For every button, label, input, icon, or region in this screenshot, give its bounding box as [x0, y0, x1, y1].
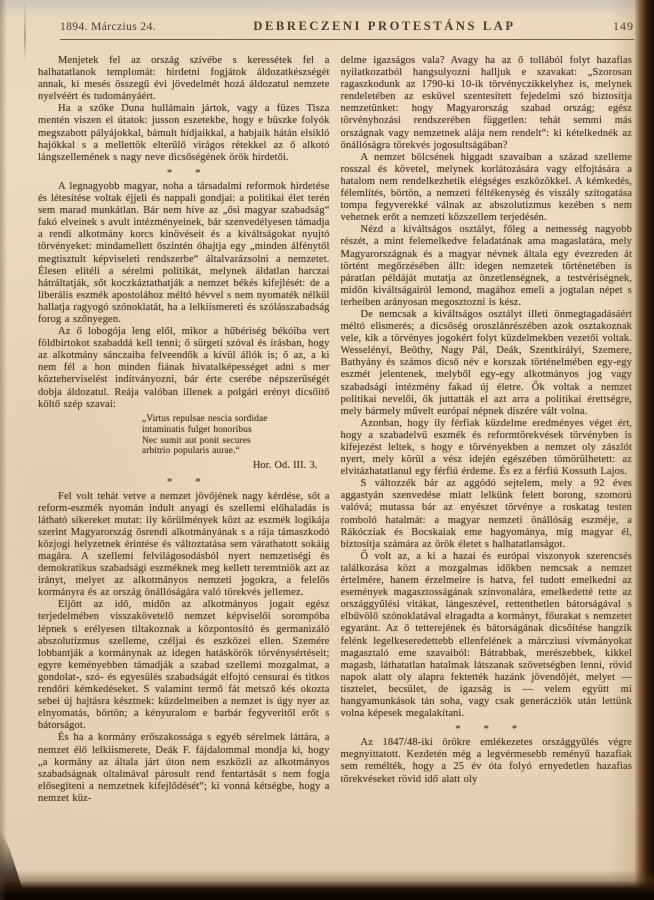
book-bottom-edge [0, 870, 654, 900]
section-separator-asterisks: * * * [341, 723, 633, 735]
latin-verse-quote: „Virtus repulsae nescia sordidae intamin… [142, 414, 330, 458]
section-separator-asterisks: * * [38, 167, 330, 179]
right-paragraph-6: S változzék bár az aggódó sejtelem, mely… [341, 478, 633, 551]
left-paragraph-1: Menjetek fel az ország szívébe s keressé… [38, 55, 330, 103]
scan-left-edge-shadow [0, 0, 7, 900]
quote-line: intaminatis fulget honoribus [142, 425, 330, 436]
page-header: 1894. Márczius 24. DEBRECZENI PROTESTÁNS… [60, 19, 634, 40]
quote-line: „Virtus repulsae nescia sordidae [142, 414, 330, 425]
newspaper-title: DEBRECZENI PROTESTÁNS LAP [156, 19, 613, 34]
book-right-edge [635, 0, 654, 900]
left-paragraph-7: És ha a kormány erőszakossága s egyéb sé… [38, 732, 330, 805]
section-separator-asterisks: * * [38, 476, 330, 488]
right-paragraph-2: A nemzet bölcsének higgadt szavaiban a s… [341, 152, 633, 225]
left-column: Menjetek fel az ország szívébe s keressé… [38, 55, 330, 835]
article-body: Menjetek fel az ország szívébe s keressé… [38, 55, 632, 835]
paper-crease [24, 0, 26, 62]
left-paragraph-6: Eljött az idő, midőn az alkotmányos joga… [38, 599, 330, 732]
right-column: delme igazságos vala? Avagy ha az ő toll… [341, 55, 633, 835]
left-paragraph-5: Fel volt tehát vetve a nemzet jövőjének … [38, 491, 330, 600]
left-paragraph-3: A legnagyobb magyar, noha a társadalmi r… [38, 181, 330, 326]
left-paragraph-2: Ha a szőke Duna hullámain jártok, vagy a… [38, 103, 330, 163]
right-paragraph-5: Azonban, hogy ily férfiak küzdelme eredm… [341, 418, 633, 478]
issue-date: 1894. Márczius 24. [60, 21, 156, 33]
right-paragraph-3: Nézd a kiváltságos osztályt, főleg a nem… [341, 224, 633, 309]
right-paragraph-4: De nemcsak a kiváltságos osztályt illeti… [341, 309, 633, 418]
quote-line: arbitrio popularis aurae.“ [142, 446, 330, 457]
right-paragraph-1-continuation: delme igazságos vala? Avagy ha az ő toll… [341, 55, 633, 152]
quote-line: Nec sumit aut ponit secures [142, 436, 330, 447]
quote-attribution: Hor. Od. III. 3. [38, 460, 318, 472]
scanned-newspaper-page: 1894. Márczius 24. DEBRECZENI PROTESTÁNS… [0, 0, 654, 900]
right-paragraph-7: Ő volt az, a ki a hazai és európai viszo… [341, 551, 633, 720]
scan-top-shading [0, 0, 654, 16]
left-paragraph-4: Az ő lobogója leng elől, mikor a hűbéris… [38, 326, 330, 411]
right-paragraph-8: Az 1847/48-iki örökre emlékezetes ország… [341, 737, 633, 785]
